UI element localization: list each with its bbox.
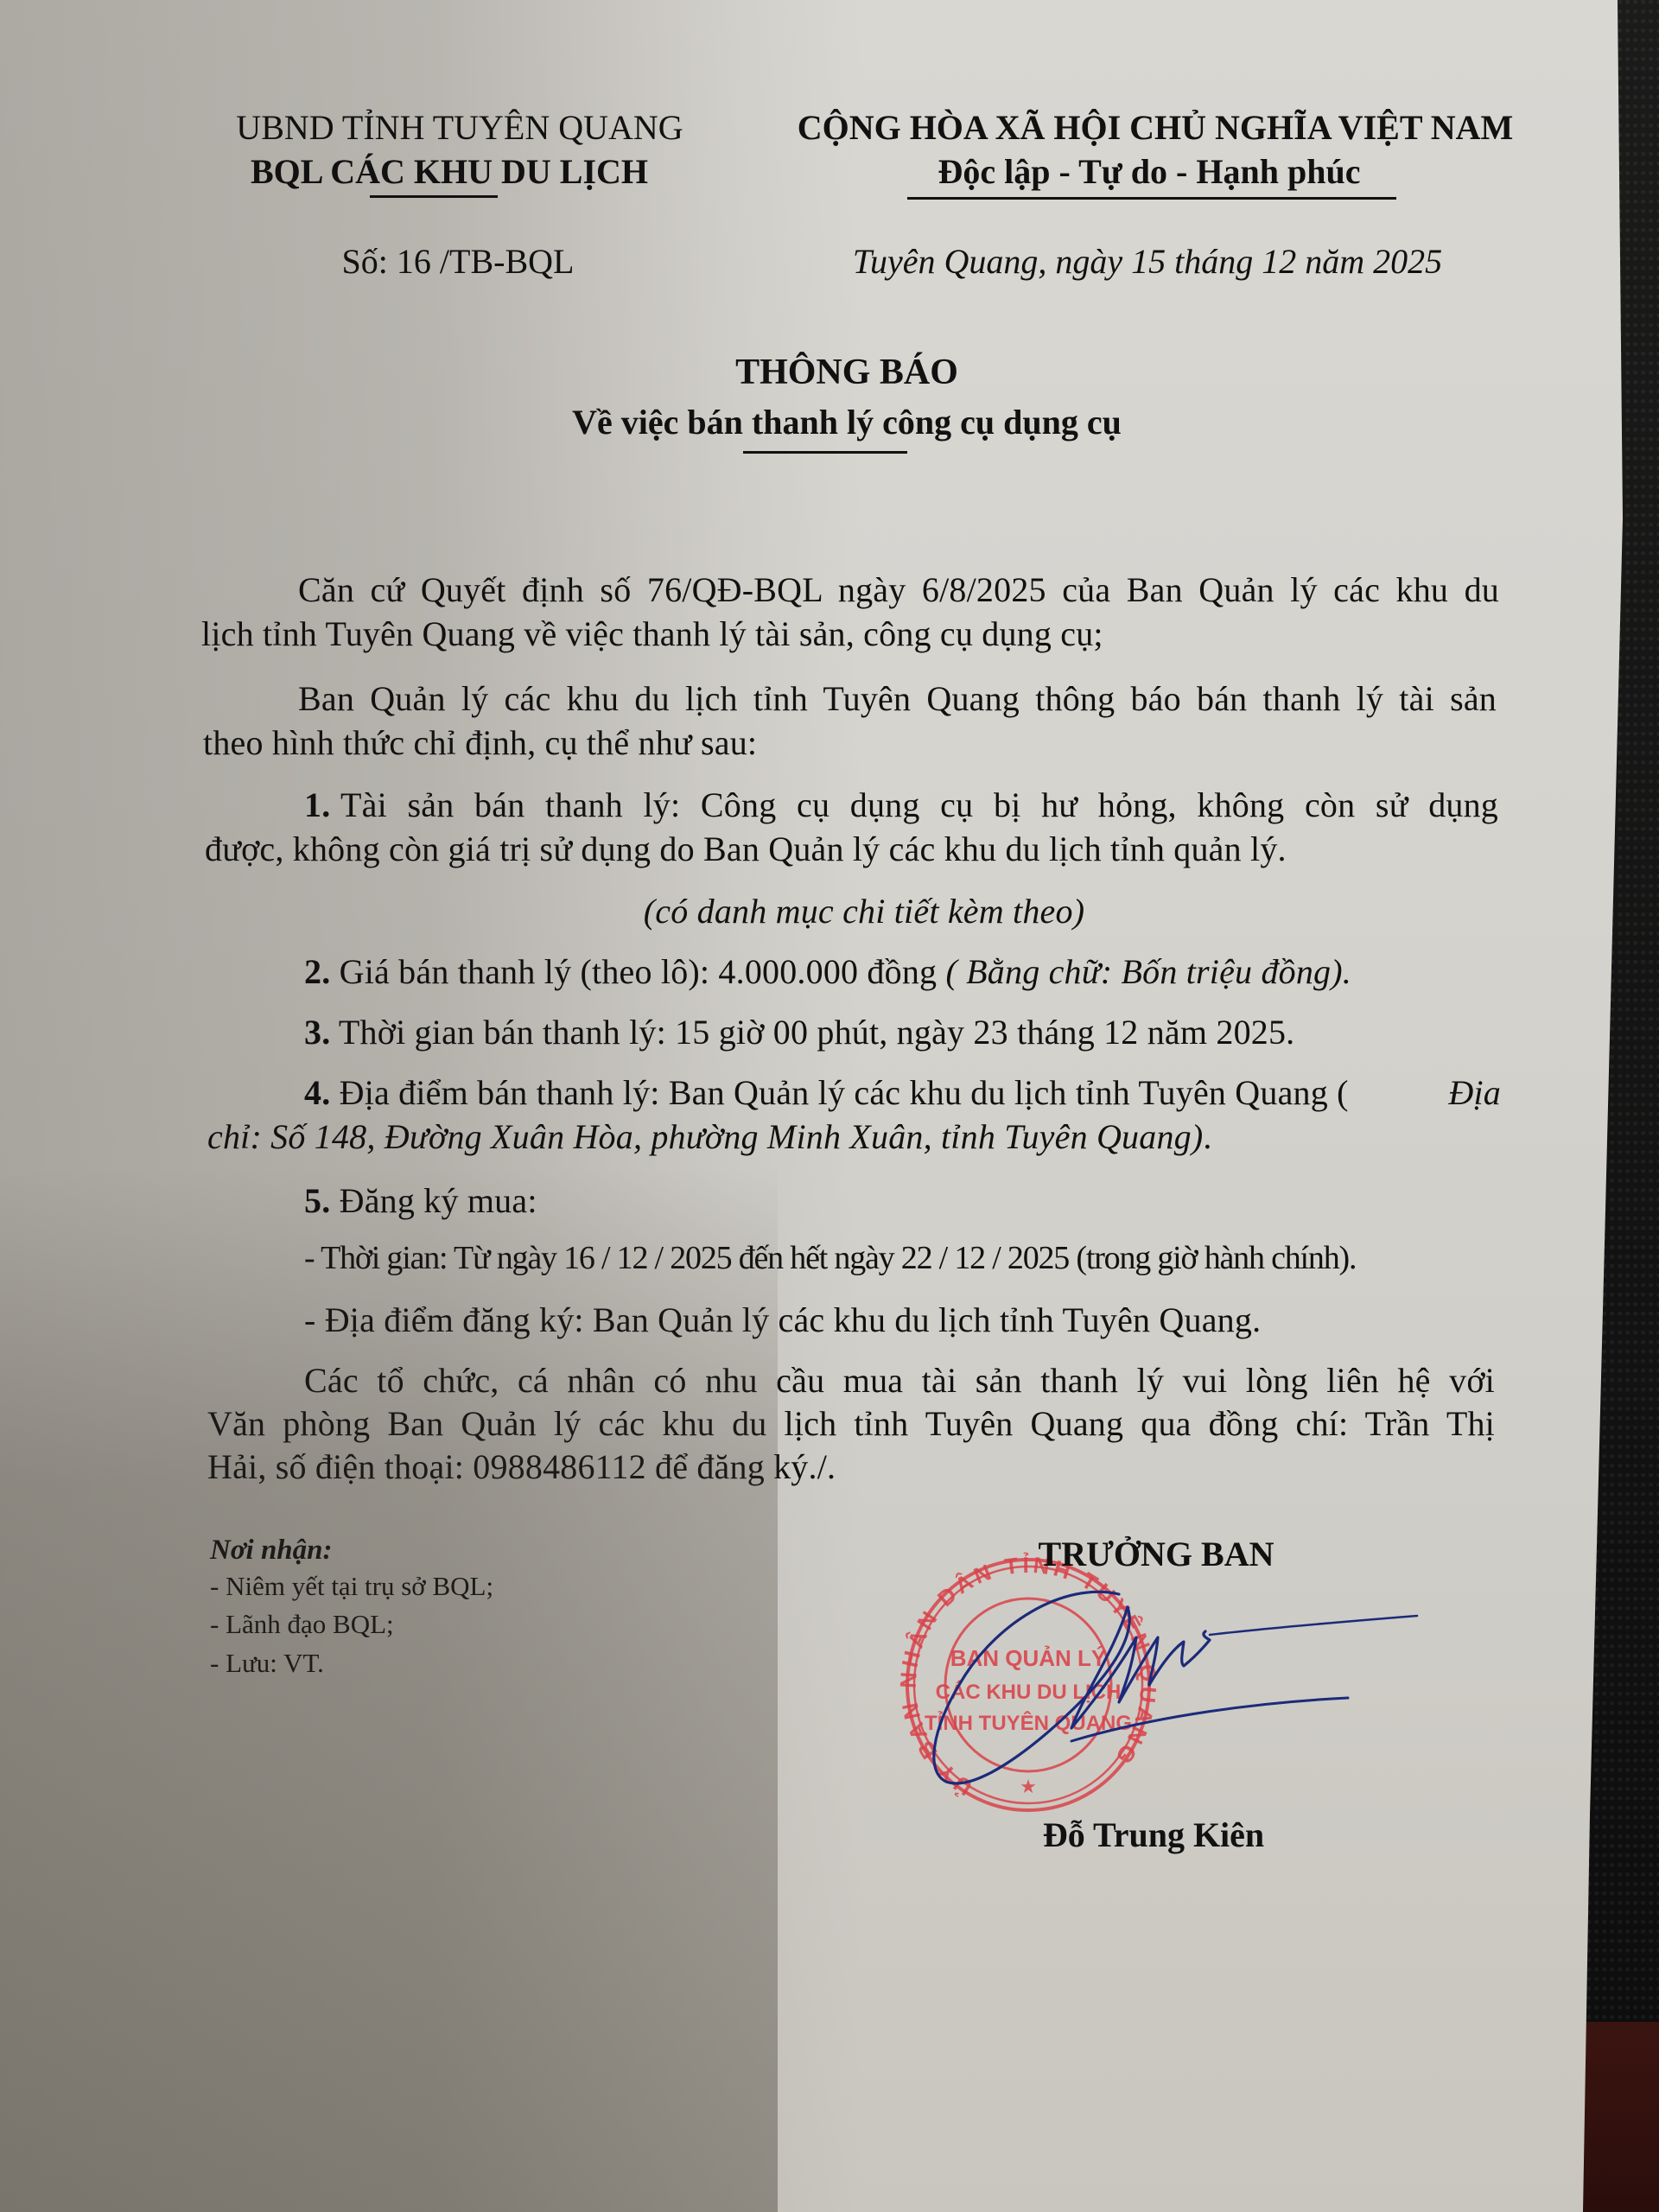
- item-1-line1: 1. Tài sản bán thanh lý: Công cụ dụng cụ…: [304, 788, 1498, 823]
- place-date: Tuyên Quang, ngày 15 tháng 12 năm 2025: [853, 245, 1442, 279]
- item-3-text: Thời gian bán thanh lý: 15 giờ 00 phút, …: [339, 1013, 1294, 1052]
- title-underline: [743, 451, 907, 454]
- document-title: THÔNG BÁO: [735, 352, 958, 393]
- item-1-number: 1.: [304, 788, 330, 823]
- nation-motto: Độc lập - Tự do - Hạnh phúc: [938, 155, 1361, 189]
- paragraph-intro-line1: Ban Quản lý các khu du lịch tỉnh Tuyên Q…: [298, 682, 1497, 716]
- document-page: UBND TỈNH TUYÊN QUANG BQL CÁC KHU DU LỊC…: [0, 0, 1659, 2212]
- document-number: Số: 16 /TB-BQL: [342, 245, 575, 279]
- nation-name: CỘNG HÒA XÃ HỘI CHỦ NGHĨA VIỆT NAM: [798, 111, 1514, 145]
- agency-name: UBND TỈNH TUYÊN QUANG: [236, 111, 683, 145]
- paragraph-basis-line2: lịch tỉnh Tuyên Quang về việc thanh lý t…: [201, 617, 1103, 652]
- registration-place: - Địa điểm đăng ký: Ban Quản lý các khu …: [304, 1303, 1261, 1338]
- contact-line2: Văn phòng Ban Quản lý các khu du lịch tỉ…: [207, 1407, 1495, 1441]
- item-2: 2. Giá bán thanh lý (theo lô): 4.000.000…: [304, 955, 1351, 989]
- item-5: 5. Đăng ký mua:: [304, 1184, 537, 1218]
- item-2-text: Giá bán thanh lý (theo lô): 4.000.000 đồ…: [340, 952, 938, 991]
- motto-underline: [907, 197, 1396, 200]
- item-3: 3. Thời gian bán thanh lý: 15 giờ 00 phú…: [304, 1015, 1294, 1050]
- item-1-line2: được, không còn giá trị sử dụng do Ban Q…: [205, 832, 1287, 867]
- paragraph-basis-line1: Căn cứ Quyết định số 76/QĐ-BQL ngày 6/8/…: [298, 573, 1499, 607]
- recipient-item: - Niêm yết tại trụ sở BQL;: [210, 1573, 493, 1599]
- item-2-number: 2.: [304, 952, 330, 991]
- item-4-end: .: [1203, 1117, 1211, 1156]
- handwritten-signature: [899, 1555, 1452, 1815]
- item-3-number: 3.: [304, 1013, 330, 1052]
- item-1-text: Tài sản bán thanh lý: Công cụ dụng cụ bị…: [340, 788, 1498, 823]
- signer-name: Đỗ Trung Kiên: [1043, 1815, 1264, 1855]
- contact-line1: Các tổ chức, cá nhân có nhu cầu mua tài …: [304, 1363, 1495, 1398]
- item-4-number: 4.: [304, 1073, 330, 1112]
- recipients-heading: Nơi nhận:: [210, 1535, 333, 1567]
- item-5-text: Đăng ký mua:: [340, 1181, 537, 1220]
- recipient-item: - Lãnh đạo BQL;: [210, 1611, 394, 1637]
- item-4-address-start: Địa: [1448, 1076, 1501, 1110]
- item-5-number: 5.: [304, 1181, 330, 1220]
- item-4-line1: 4. Địa điểm bán thanh lý: Ban Quản lý cá…: [304, 1076, 1501, 1110]
- recipient-item: - Lưu: VT.: [210, 1649, 324, 1676]
- item-1-note: (có danh mục chi tiết kèm theo): [644, 894, 1084, 929]
- document-subtitle: Về việc bán thanh lý công cụ dụng cụ: [572, 402, 1122, 442]
- agency-underline: [370, 195, 498, 198]
- item-4-text: Địa điểm bán thanh lý: Ban Quản lý các k…: [340, 1073, 1349, 1112]
- contact-line3: Hải, số điện thoại: 0988486112 để đăng k…: [207, 1450, 836, 1484]
- item-4-address: chỉ: Số 148, Đường Xuân Hòa, phường Minh…: [207, 1117, 1203, 1156]
- registration-time: - Thời gian: Từ ngày 16 / 12 / 2025 đến …: [304, 1242, 1356, 1274]
- agency-department: BQL CÁC KHU DU LỊCH: [251, 155, 648, 189]
- item-4-line2: chỉ: Số 148, Đường Xuân Hòa, phường Minh…: [207, 1120, 1212, 1154]
- paragraph-intro-line2: theo hình thức chỉ định, cụ thể như sau:: [203, 726, 757, 760]
- item-2-amount-words: ( Bằng chữ: Bốn triệu đồng).: [945, 952, 1351, 991]
